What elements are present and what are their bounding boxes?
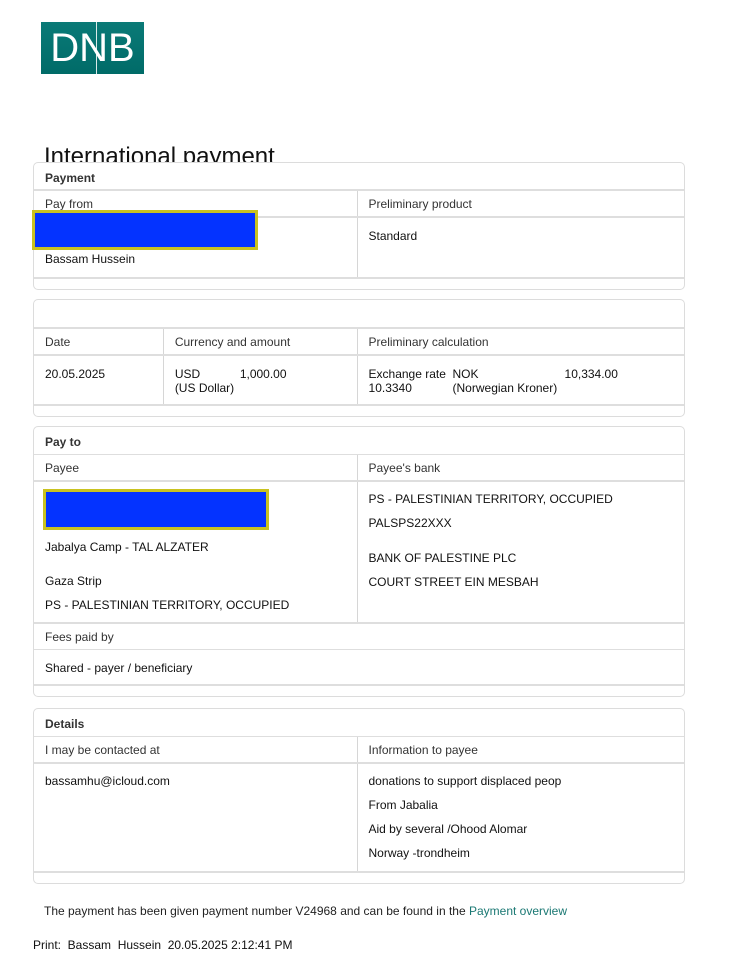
calculation-label: Preliminary calculation: [358, 329, 684, 354]
bank-name: BANK OF PALESTINE PLC: [369, 551, 685, 575]
currency-name: (US Dollar): [175, 381, 357, 395]
redacted-payee-name: [43, 489, 269, 530]
payee-country: PS - PALESTINIAN TERRITORY, OCCUPIED: [45, 598, 357, 622]
currency-label: Currency and amount: [164, 329, 358, 354]
print-info: Print: Bassam Hussein 20.05.2025 2:12:41…: [33, 938, 292, 952]
bank-address: COURT STREET EIN MESBAH: [369, 575, 685, 599]
details-card: Details I may be contacted at Informatio…: [33, 708, 685, 884]
pay-to-heading: Pay to: [34, 427, 684, 455]
logo-text: DNB: [50, 25, 134, 71]
bank-swift: PALSPS22XXX: [369, 516, 685, 551]
fees-value: Shared - payer / beneficiary: [34, 650, 684, 684]
payment-heading: Payment: [34, 163, 684, 191]
amount-heading: [34, 300, 684, 329]
payee-bank-label: Payee's bank: [358, 455, 685, 480]
payment-confirmation-message: The payment has been given payment numbe…: [44, 904, 567, 918]
info-line: Aid by several /Ohood Alomar: [369, 822, 685, 846]
payee-address-2: Gaza Strip: [45, 574, 357, 598]
dnb-logo: DNB: [41, 22, 144, 74]
details-heading: Details: [34, 709, 684, 737]
target-currency-name: (Norwegian Kroner): [453, 381, 558, 395]
target-currency-code: NOK: [453, 367, 479, 381]
contact-email: bassamhu@icloud.com: [45, 774, 357, 788]
preliminary-product-value: Standard: [369, 218, 685, 243]
pay-from-name: Bassam Hussein: [45, 252, 357, 266]
redacted-account: [32, 210, 258, 250]
target-amount: 10,334.00: [565, 367, 618, 381]
payment-overview-link[interactable]: Payment overview: [469, 904, 567, 918]
payee-address-1: Jabalya Camp - TAL ALZATER: [45, 540, 357, 574]
date-label: Date: [34, 329, 164, 354]
info-line: From Jabalia: [369, 798, 685, 822]
info-label: Information to payee: [358, 737, 685, 762]
bank-country: PS - PALESTINIAN TERRITORY, OCCUPIED: [369, 492, 685, 516]
amount-card: Date Currency and amount Preliminary cal…: [33, 299, 685, 417]
amount-value: 1,000.00: [240, 367, 287, 381]
payee-label: Payee: [34, 455, 358, 480]
contact-label: I may be contacted at: [34, 737, 358, 762]
info-line: Norway -trondheim: [369, 846, 685, 870]
exchange-rate-label: Exchange rate: [369, 367, 684, 381]
preliminary-product-label: Preliminary product: [358, 191, 685, 216]
confirmation-text: The payment has been given payment numbe…: [44, 904, 469, 918]
date-value: 20.05.2025: [34, 356, 164, 404]
info-line: donations to support displaced peop: [369, 774, 685, 798]
fees-label: Fees paid by: [34, 624, 684, 649]
pay-to-card: Pay to Payee Payee's bank Jabalya Camp -…: [33, 426, 685, 697]
